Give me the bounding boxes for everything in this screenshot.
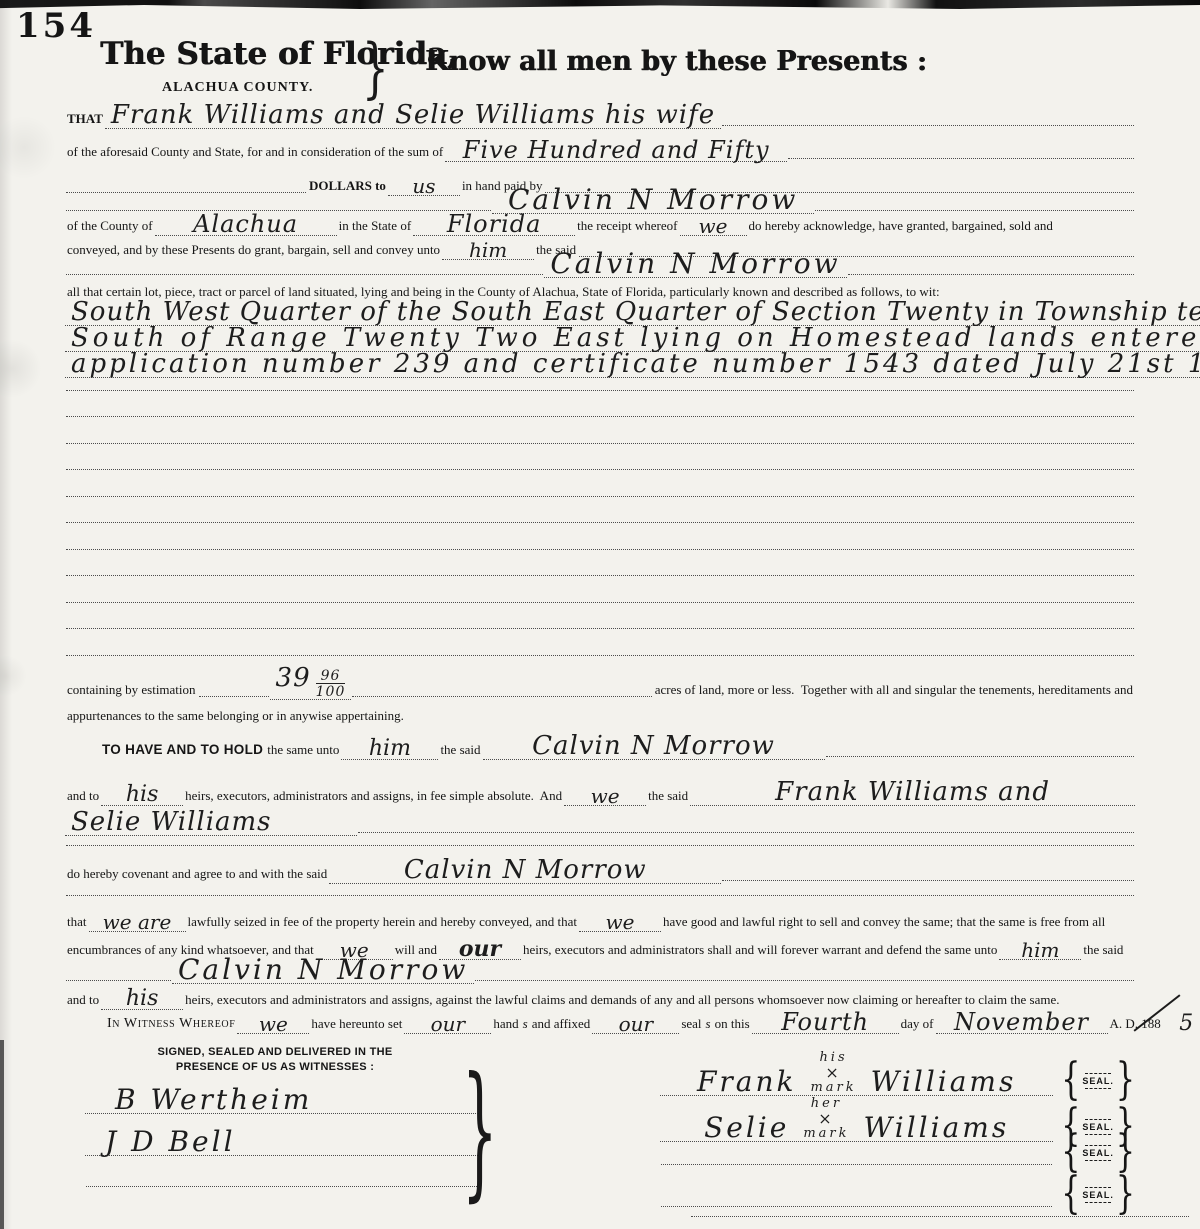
- month-handwritten: November: [936, 1011, 1108, 1034]
- dotted-line: [826, 754, 1134, 757]
- label-in-witness: In Witness Whereof: [105, 1016, 237, 1034]
- form-line-seized: that we are lawfully seized in fee of th…: [65, 902, 1135, 932]
- grantee-handwritten-2: Calvin N Morrow: [544, 251, 846, 278]
- dotted-line: [66, 272, 543, 275]
- page-number: 154: [16, 6, 96, 46]
- dotted-line: [661, 1204, 1052, 1207]
- seal-label: SEAL.: [1082, 1190, 1114, 1200]
- dotted-line: [66, 388, 1134, 391]
- label-seal-s: s: [704, 1017, 713, 1034]
- our-handwritten-3: our: [592, 1015, 679, 1034]
- form-line-grantors: THAT Frank Williams and Selie Williams h…: [65, 95, 1135, 129]
- dotted-line: [66, 547, 1134, 550]
- witness-brace: }: [462, 1048, 498, 1217]
- form-line-appurtenances: appurtenances to the same belonging or i…: [65, 706, 1135, 726]
- blank-seal-row-2: {SEAL.}: [660, 1176, 1135, 1210]
- his-mark: his×mark: [806, 1051, 860, 1095]
- dotted-line: [66, 653, 1134, 656]
- dotted-line: [722, 878, 1134, 881]
- form-line-grantor2: Selie Williams: [65, 800, 1135, 836]
- dotted-line: [352, 694, 651, 697]
- label-seal: seal: [679, 1017, 703, 1034]
- grantee-handwritten-3: Calvin N Morrow: [483, 735, 825, 760]
- dotted-line: [358, 830, 1134, 833]
- label-ad: A. D. 188: [1108, 1017, 1163, 1034]
- form-line-grantee-4: Calvin N Morrow: [65, 948, 1135, 984]
- dotted-line: [66, 441, 1134, 444]
- mark-cross: ×: [818, 1111, 834, 1128]
- our-handwritten-2: our: [404, 1015, 491, 1034]
- seal-label: SEAL.: [1082, 1148, 1114, 1158]
- dotted-line: [66, 414, 1134, 417]
- dotted-line: [475, 978, 1134, 981]
- acres-numerator: 96: [321, 669, 341, 683]
- dotted-line: [661, 1162, 1052, 1165]
- document-title: The State of Florida,: [100, 36, 458, 72]
- witness-signature-row-1: B Wertheim: [85, 1076, 480, 1114]
- seal-badge-3: {SEAL.}: [1061, 1138, 1135, 1168]
- dotted-line: [66, 520, 1134, 523]
- form-line-consideration: of the aforesaid County and State, for a…: [65, 132, 1135, 162]
- grantee-handwritten-4: Calvin N Morrow: [329, 859, 721, 884]
- label-to-have: TO HAVE AND TO HOLD: [100, 742, 265, 760]
- label-containing: containing by estimation: [65, 683, 198, 700]
- label-and-to-2: and to: [65, 993, 101, 1010]
- label-hand-s: s: [521, 1017, 530, 1034]
- grantors-handwritten: Frank Williams and Selie Williams his wi…: [105, 104, 721, 129]
- acres-whole: 39: [276, 663, 311, 693]
- label-on-this: on this: [713, 1017, 752, 1034]
- dotted-line: [66, 626, 1134, 629]
- signature-first-name: Frank: [697, 1069, 797, 1095]
- label-consideration: of the aforesaid County and State, for a…: [65, 145, 445, 162]
- amount-handwritten: Five Hundred and Fifty: [445, 139, 787, 162]
- witness-heading-line1: SIGNED, SEALED AND DELIVERED IN THE: [150, 1046, 400, 1058]
- dotted-line: [66, 978, 171, 981]
- dotted-line: [848, 272, 1134, 275]
- dotted-line: [66, 843, 1134, 846]
- form-line-witness-clause: In Witness Whereof we have hereunto set …: [105, 1004, 1135, 1034]
- witness-signature-row-2: J D Bell: [85, 1118, 480, 1156]
- dotted-line: [86, 1184, 479, 1187]
- label-same-unto: the same unto: [265, 743, 341, 760]
- label-set: have hereunto set: [309, 1017, 404, 1034]
- acres-denominator: 100: [316, 683, 346, 699]
- signature-last-name: Williams: [871, 1069, 1017, 1095]
- witness-signature-1: B Wertheim: [85, 1087, 480, 1114]
- county-heading: ALACHUA COUNTY.: [162, 80, 313, 96]
- mark-cross: ×: [825, 1065, 841, 1082]
- grantor2-handwritten: Selie Williams: [65, 811, 357, 836]
- label-hand: hand: [491, 1017, 520, 1034]
- label-acres-text: acres of land, more or less. Together wi…: [653, 683, 1135, 700]
- label-that: THAT: [65, 112, 105, 129]
- salutation: Know all men by these Presents :: [425, 46, 927, 77]
- description-handwritten-3: application number 239 and certificate n…: [65, 353, 1200, 378]
- grantor-signature-row-1: Frank his×mark Williams {SEAL.}: [660, 1050, 1135, 1096]
- form-line-habendum: TO HAVE AND TO HOLD the same unto him th…: [100, 726, 1135, 760]
- witness-signature-2: J D Bell: [85, 1129, 480, 1156]
- form-line-covenant: do hereby covenant and agree to and with…: [65, 850, 1135, 884]
- form-line-grantee-2: Calvin N Morrow: [65, 244, 1135, 278]
- form-line-acreage: containing by estimation 3996100 acres o…: [65, 668, 1135, 700]
- label-day-of: day of: [899, 1017, 936, 1034]
- witness-heading-line2: PRESENCE OF US AS WITNESSES :: [150, 1061, 400, 1073]
- witness-heading: SIGNED, SEALED AND DELIVERED IN THE PRES…: [150, 1046, 400, 1073]
- seal-badge-4: {SEAL.}: [1061, 1180, 1135, 1210]
- dotted-line: [66, 600, 1134, 603]
- acres-fraction: 96100: [316, 669, 346, 699]
- grantee-handwritten-5: Calvin N Morrow: [172, 957, 474, 984]
- seal-label: SEAL.: [1082, 1122, 1114, 1132]
- dotted-line: [788, 156, 1134, 159]
- dotted-line: [66, 893, 1134, 896]
- scan-artifact-left: [0, 1040, 4, 1229]
- label-covenant: do hereby covenant and agree to and with…: [65, 867, 329, 884]
- day-handwritten: Fourth: [752, 1011, 899, 1034]
- acres-handwritten: 3996100: [270, 667, 352, 700]
- year-handwritten: 5: [1163, 1014, 1200, 1034]
- dotted-line: [66, 467, 1134, 470]
- blank-seal-row-1: {SEAL.}: [660, 1134, 1135, 1168]
- him-handwritten-2: him: [341, 739, 438, 760]
- seal-badge-1: {SEAL.}: [1061, 1066, 1135, 1096]
- dotted-line: [199, 694, 269, 697]
- dotted-line: [722, 123, 1134, 126]
- label-appurtenances: appurtenances to the same belonging or i…: [65, 709, 406, 726]
- dotted-line: [691, 1214, 1189, 1217]
- seal-label: SEAL.: [1082, 1076, 1114, 1086]
- we-handwritten-5: we: [237, 1015, 309, 1034]
- description-line-3: application number 239 and certificate n…: [65, 348, 1135, 378]
- grantor-signature-1: Frank his×mark Williams: [660, 1051, 1053, 1096]
- label-the-said-2: the said: [438, 743, 482, 760]
- scan-artifact-top: [0, 0, 1200, 9]
- deed-document-page: 154 The State of Florida, } ALACHUA COUN…: [0, 0, 1200, 1229]
- mark-bottom-label: mark: [810, 1081, 856, 1095]
- dotted-line: [66, 494, 1134, 497]
- dotted-line: [66, 573, 1134, 576]
- label-affixed: and affixed: [530, 1017, 593, 1034]
